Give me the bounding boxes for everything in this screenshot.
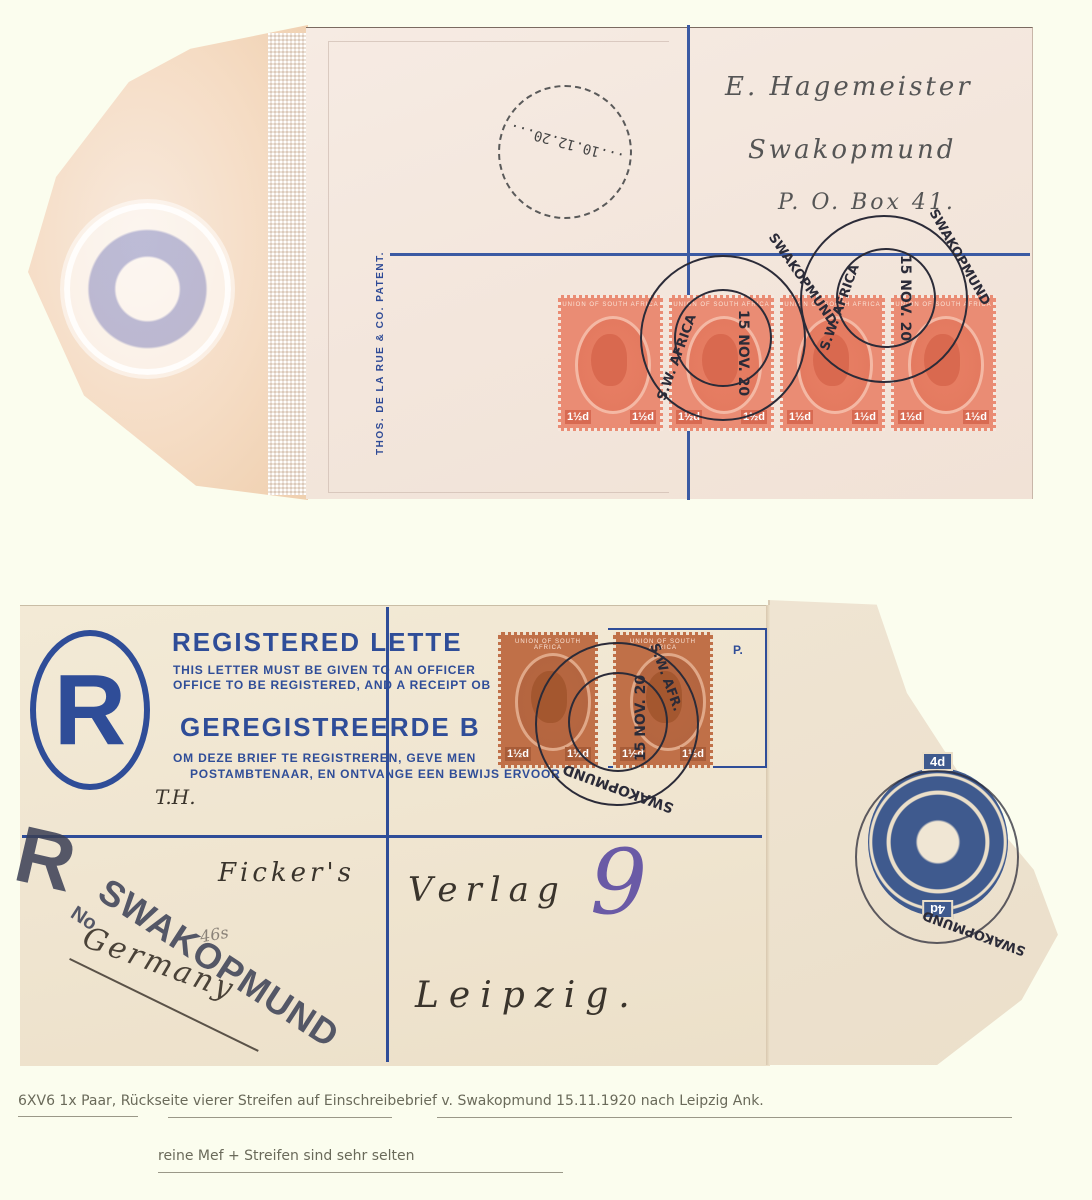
postmark-date: 15 NOV. 20 — [633, 675, 649, 761]
address-town: Swakopmund — [748, 135, 956, 165]
handwritten-salutation: T.H. — [155, 785, 196, 809]
blue-crayon-mark: 9 — [590, 830, 647, 935]
instruction-en-2: OFFICE TO BE REGISTERED, AND A RECEIPT O… — [173, 678, 491, 692]
registration-cross-horizontal — [22, 835, 762, 838]
king-portrait-icon — [591, 334, 627, 386]
annotation-line-2: reine Mef + Streifen sind sehr selten — [158, 1148, 414, 1164]
embossed-seal-icon — [64, 203, 231, 375]
linen-strip — [268, 33, 310, 495]
printer-imprint: THOS. DE LA RUE & CO. PATENT. — [375, 251, 386, 455]
stamp-value: 1½d — [505, 747, 531, 761]
stamp-value: 1½d — [565, 410, 591, 424]
instruction-af-2: POSTAMBTENAAR, EN ONTVANGE EEN BEWIJS ER… — [190, 767, 561, 781]
underline — [168, 1117, 392, 1118]
stamp-value: 1½d — [852, 410, 878, 424]
handwritten-addressee: Ficker's — [218, 858, 355, 888]
postmark-date: 15 NOV. 20 — [897, 255, 913, 341]
underline — [18, 1116, 138, 1117]
heading-registered-letter: REGISTERED LETTE — [172, 627, 463, 658]
underline — [437, 1117, 1012, 1118]
handwritten-verlag: Verlag — [408, 870, 567, 910]
instruction-af-1: OM DEZE BRIEF TE REGISTREREN, GEVE MEN — [173, 751, 476, 765]
stamp-value: 1½d — [963, 410, 989, 424]
stamp-value: 1½d — [898, 410, 924, 424]
instruction-en-1: THIS LETTER MUST BE GIVEN TO AN OFFICER — [173, 663, 476, 677]
stamp-value: 1½d — [630, 410, 656, 424]
handwritten-city: Leipzig. — [415, 975, 640, 1016]
annotation-line-1: 6XV6 1x Paar, Rückseite vierer Streifen … — [18, 1093, 764, 1109]
envelope-stamp-value: 4d — [922, 752, 953, 771]
stamp-box-text: P. — [733, 643, 743, 657]
postmark-inner-ring — [568, 672, 668, 772]
heading-geregistreerde: GEREGISTREERDE B — [180, 712, 481, 743]
stamp-value: 1½d — [787, 410, 813, 424]
postmark-date: 15 NOV. 20 — [735, 310, 751, 396]
registered-r-icon: R — [30, 650, 150, 770]
address-name: E. Hagemeister — [725, 72, 973, 102]
underline — [158, 1172, 563, 1173]
